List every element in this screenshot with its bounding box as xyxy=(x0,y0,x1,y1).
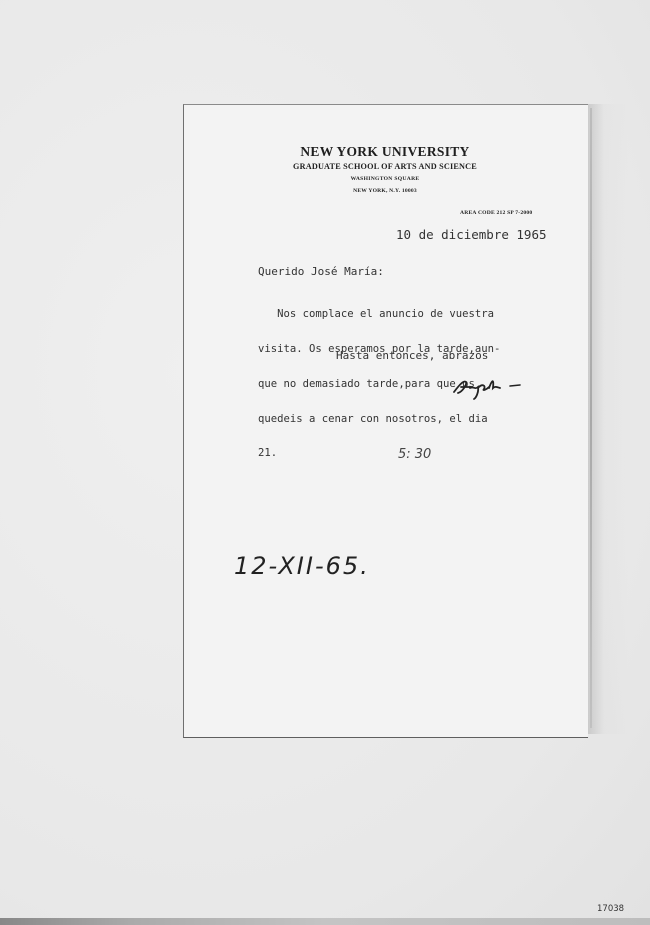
letterhead-school: GRADUATE SCHOOL OF ARTS AND SCIENCE xyxy=(183,162,587,171)
scan-shadow xyxy=(588,104,628,734)
letter-body: Nos complace el anuncio de vuestra visit… xyxy=(258,286,588,472)
letterhead-area-code: AREA CODE 212 SP 7-2000 xyxy=(460,210,532,216)
letter-date: 10 de diciembre 1965 xyxy=(396,227,547,242)
signature-icon xyxy=(452,374,532,400)
body-line: quedeis a cenar con nosotros, el dia xyxy=(258,414,588,426)
letter-salutation: Querido José María: xyxy=(258,265,384,278)
letterhead-city: NEW YORK, N.Y. 10003 xyxy=(183,188,587,194)
body-line: que no demasiado tarde,para que os xyxy=(258,379,588,391)
body-line: Nos complace el anuncio de vuestra xyxy=(258,309,588,321)
letterhead-university: NEW YORK UNIVERSITY xyxy=(183,144,587,160)
handwritten-date: 12-XII-65. xyxy=(234,552,370,580)
archive-number: 17038 xyxy=(597,904,624,914)
letterhead-street: WASHINGTON SQUARE xyxy=(183,176,587,182)
letter-closing: Hasta entonces, abrazos xyxy=(336,349,488,362)
scan-bottom-edge xyxy=(0,918,650,925)
sheet-edge xyxy=(590,108,592,728)
handwritten-time: 5: 30 xyxy=(398,447,431,462)
